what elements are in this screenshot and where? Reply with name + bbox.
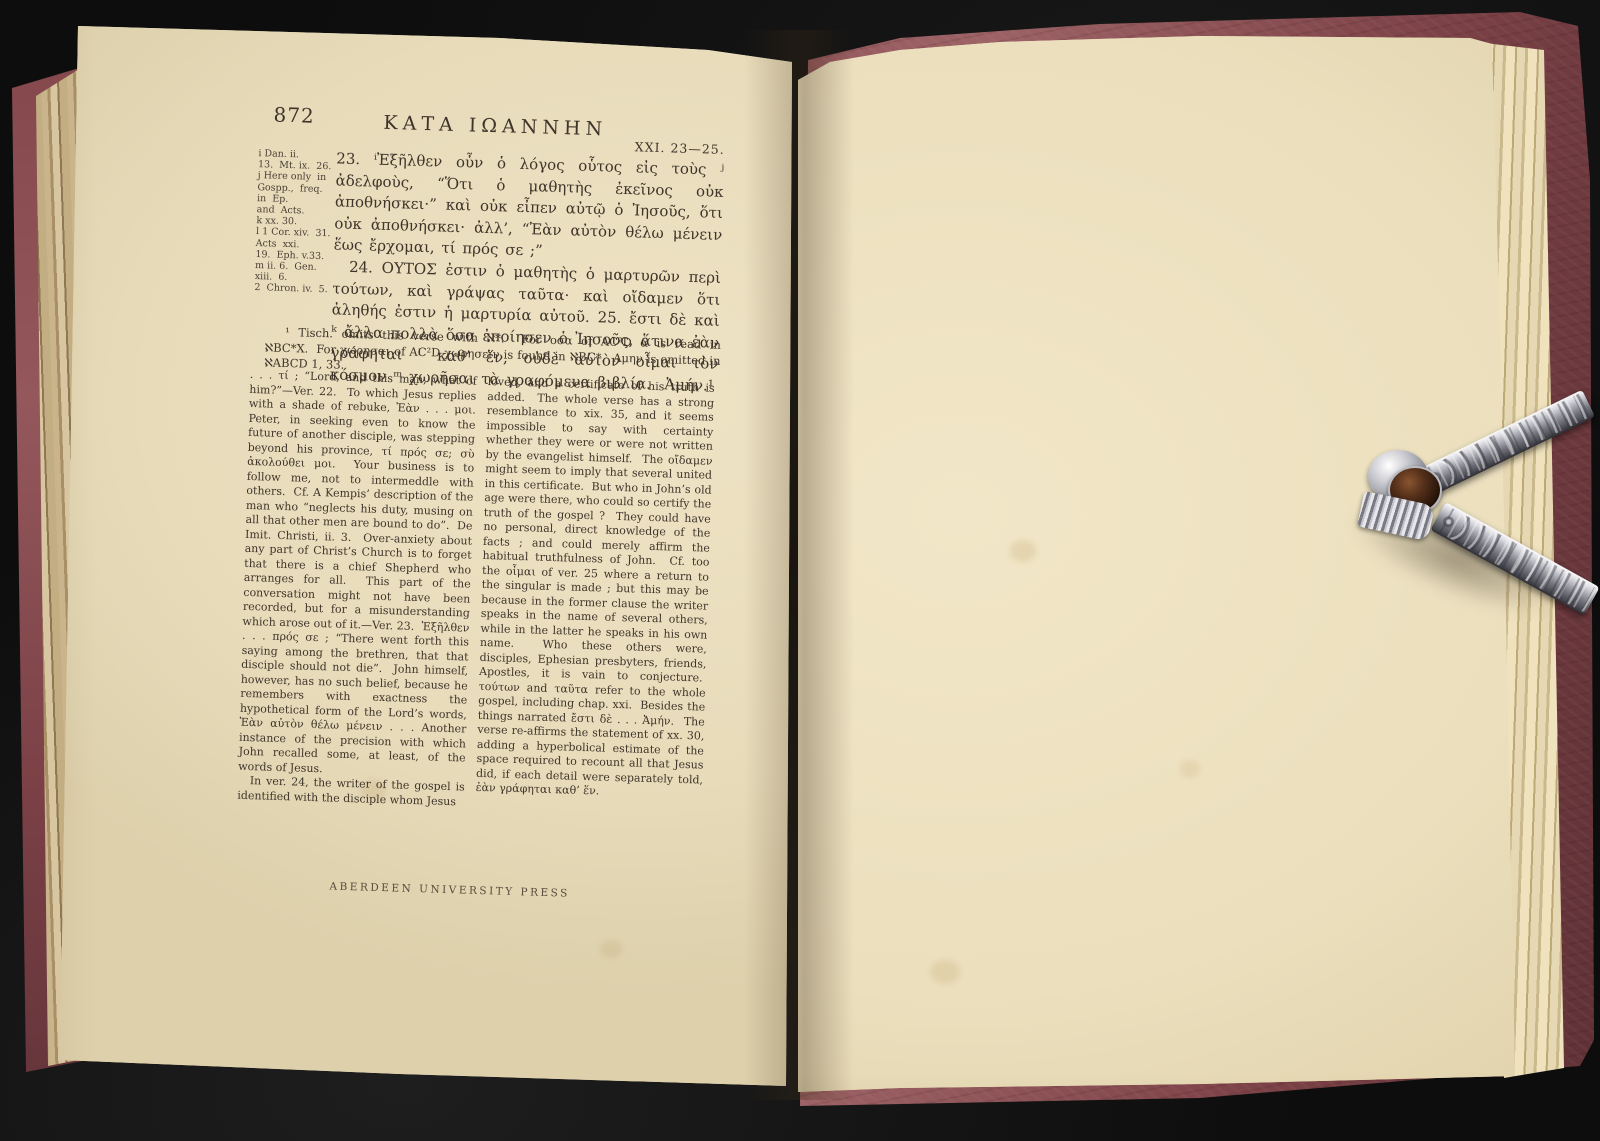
margin-cross-references: i Dan. ii. 13. Mt. ix. 26. j Here only i… [254, 148, 336, 296]
left-page-content: 872 ΚΑΤΑ ΙΩΑΝΝΗΝ XXI. 23—25. i Dan. ii. … [229, 100, 727, 1014]
verse-reference: XXI. 23—25. [635, 139, 725, 157]
commentary-column-left: . . . τί ; “Lord, and this man, what of … [237, 368, 477, 810]
commentary-left-paragraph-1: . . . τί ; “Lord, and this man, what of … [238, 368, 477, 781]
greek-verse-23: 23. ⁱἘξῆλθεν οὖν ὁ λόγος οὗτος εἰς τοὺς … [333, 148, 724, 267]
commentary-left-paragraph-2: In ver. 24, the writer of the gospel is … [237, 774, 465, 810]
running-title: ΚΑΤΑ ΙΩΑΝΝΗΝ [295, 109, 695, 143]
photo-background: 872 ΚΑΤΑ ΙΩΑΝΝΗΝ XXI. 23—25. i Dan. ii. … [0, 0, 1600, 1141]
commentary-right-paragraph: loved, and a certificate of his truth is… [475, 375, 714, 802]
printer-imprint: ABERDEEN UNIVERSITY PRESS [215, 877, 685, 903]
commentary-column-right: loved, and a certificate of his truth is… [475, 375, 714, 802]
